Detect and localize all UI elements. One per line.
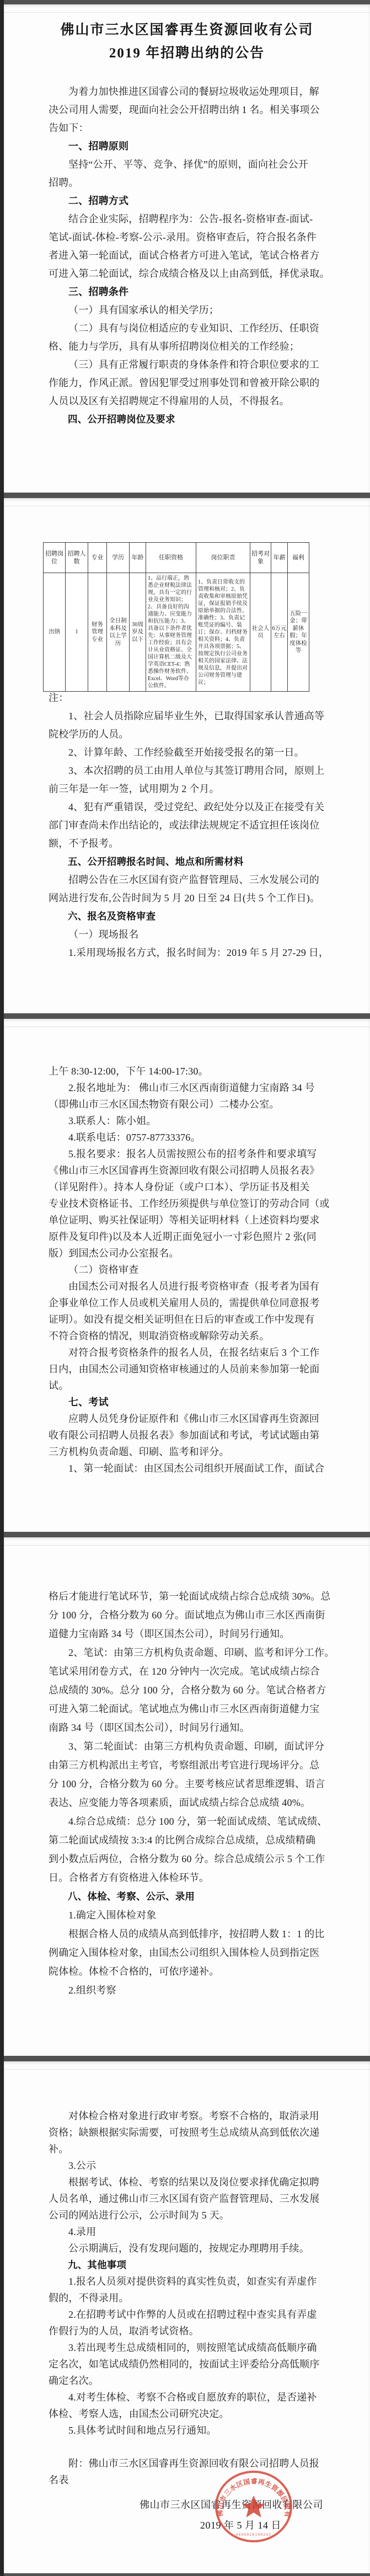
text-line: 1.报名人员须对提供资料的真实性负责，如查实有弄虚作 [49,2273,325,2290]
text-line: 分 100 分，合格分数为 60 分。面试地点为佛山市三水区西南街 [49,1606,325,1624]
page-3-text: 上午 8:30-12:00，下午 14:00-17:30。2.报名地址为： 佛山… [49,1063,325,1477]
text-line: 日内，由国杰公司通知资格审核通过的人员前来参加第一轮面 [49,1361,325,1377]
text-line: （详见附件）。持本人身份证（或户口本）、学历证书及相关 [49,1179,325,1195]
text-line: 证明）。如没有提交相关证明但在日后的审查或工作中发现有 [49,1311,325,1328]
text-line: 1.采用现场报名方式，报名时间为：2019 年 5 月 27-29 日， [49,944,325,962]
text-line: 4.录用 [49,2224,325,2240]
table-cell: 出纳 [44,573,66,692]
text-line: 3、第二轮面试：由第三方机构负责命题、印刷，面试评分 [49,1737,325,1756]
text-line: 三方机构负责命题、印刷、监考和评分。 [49,1444,325,1460]
text-line: 总成绩的 30%。总分 100 分，合格分数为 60 分。笔试合格者方 [49,1681,325,1699]
document-page-2: 招聘岗位招聘人数专业学历年龄任职资格岗位职责招考对象年薪福利 出纳1财务管理专业… [4,498,370,1013]
text-line: 额，不予报考。 [49,835,325,853]
text-line: 前三年是一年一签，试用期为 2 个月。 [49,780,325,798]
text-line: 可进入第二轮面试，综合成绩合格及以上由高到低，择优录取。 [49,265,325,283]
section-heading: 五、公开招聘报名时间、地点和所需材料 [49,853,325,871]
table-header-cell: 学历 [107,543,130,573]
table-cell: 财务管理专业 [88,573,107,692]
text-line: 格、能力与学历，具有从事所招聘岗位相关的工作经验； [49,338,325,356]
text-line: 对体检合格对象进行政审考察。考察不合格的，取消录用 [49,2108,325,2124]
document-title-line-1: 佛山市三水区国睿再生资源回收有公司 [15,19,359,42]
text-line: 作假行为的人员，取消考试资格。 [49,2323,325,2339]
official-red-seal: 佛山市三水区国睿再生资源回收有限公司 4406020100243 [205,2461,302,2554]
text-line: 公示期满后，没有发现问题的，按规定办理聘用手续。 [49,2240,325,2257]
recruitment-position-table: 招聘岗位招聘人数专业学历年龄任职资格岗位职责招考对象年薪福利 出纳1财务管理专业… [43,542,309,692]
scan-edge-strip [0,0,4,2576]
text-line: 结合企业实际，招聘程序为：公告-报名-资格审查-面试- [49,210,325,228]
table-header-cell: 岗位职责 [196,543,250,573]
table-header-cell: 招聘人数 [66,543,88,573]
document-page-5: 对体检合格对象进行政审考察。考察不合格的，取消录用资格；缺额根据实际需要，可按照… [4,2061,370,2573]
text-line: 4.联系电话：0757-87733376。 [49,1129,325,1146]
table-header-row: 招聘岗位招聘人数专业学历年龄任职资格岗位职责招考对象年薪福利 [44,543,309,573]
text-line: 人员以及区有关招聘规定不得雇用的人员，不得报名。 [49,392,325,410]
text-line: 1.确定入围体检对象 [49,1906,325,1925]
text-line: 3.公示 [49,2157,325,2174]
text-line: 道健力宝南路 34 号（即区国杰公司），时间另行通知。 [49,1624,325,1643]
table-cell: 1 [66,573,88,692]
text-line: 对符合报考资格条件的报名人员，在报名结束后 3 个工作 [49,1344,325,1361]
text-line: 5.报名要求：报名人员需按照公布的招考条件和要求填写 [49,1146,325,1162]
text-line: 由国杰公司对报名人员进行报考资格审查（报考者为国有 [49,1278,325,1295]
text-line: 《佛山市三水区国睿再生资源回收有限公司招聘人员报名表》 [49,1162,325,1179]
table-cell: 30周岁及以下 [130,573,146,692]
text-line: 者进入第一轮面试，面试合格者方可进入笔试，笔试合格者方 [49,247,325,265]
section-heading: 四、公开招聘岗位及要求 [49,410,325,429]
text-line: 5.具体考试时间和地点另行通知。 [49,2422,325,2439]
text-line: 假的，不得录用。 [49,2290,325,2306]
text-line: （二）具有与岗位相适应的专业知识、工作经历、任职资 [49,319,325,338]
text-line: 4.对考生体检、考察不合格或自愿放弃的职位，是否递补 [49,2389,325,2406]
text-line: 3.联系人：陈小姐。 [49,1113,325,1129]
text-line: 版）到国杰公司办公室报名。 [49,1245,325,1262]
seal-star-icon [242,2495,265,2518]
section-heading: 二、招聘方式 [49,192,325,210]
table-header-cell: 年龄 [130,543,146,573]
text-line: 2.组织考察 [49,1981,325,2000]
text-line: 决公司用人需要，现面向社会公开招聘出纳 1 名。相关事项公 [49,101,325,119]
text-line: 院体检。体检不合格的，可依序递补。 [49,1962,325,1981]
text-line: 根据考试、体检、考察的结果以及岗位要求择优确定拟聘 [49,2174,325,2190]
text-line: 院校学历的人员。 [49,725,325,744]
text-line: 2.在招聘考试中作弊的人员或在招聘过程中查实具有弄虚 [49,2306,325,2323]
table-row: 出纳1财务管理专业全日制本科及以上学历30周岁及以下1、品行端正，熟悉企业财税法… [44,573,309,692]
table-cell: 全日制本科及以上学历 [107,573,130,692]
page-2-text: 注：1、社会人员指除应届毕业生外，已取得国家承认普通高等院校学历的人员。2、计算… [49,689,325,962]
text-line: （三）具有正常履行职责的身体条件和符合职位要求的工 [49,356,325,374]
text-line: 告如下： [49,119,325,137]
text-line: 招聘。 [49,174,325,192]
text-line: 试。 [49,1377,325,1394]
text-line: 原件及复印件)以及本人近期正面免冠小一寸彩色照片 2 张(同 [49,1228,325,1245]
text-line: 注： [49,689,325,707]
text-line: 补。 [49,2141,325,2157]
scanned-document-canvas: 佛山市三水区国睿再生资源回收有公司 2019 年招聘出纳的公告 为着力加快推进区… [0,0,370,2576]
text-line: 专业技术资格证书、工作经历须提供与单位签订的劳动合同（或 [49,1195,325,1212]
text-line: 确定名次。 [49,2372,325,2389]
text-line: 2.报名地址为： 佛山市三水区西南街道健力宝南路 34 号 [49,1079,325,1096]
text-line: 企事业单位工作人员或机关雇用人员的，需提供单位同意报考 [49,1295,325,1311]
text-line: 日。合格者方有资格进入体检环节。 [49,1868,325,1887]
text-line: 3、本次招聘的员工由用人单位与其签订聘用合同，原则上 [49,762,325,780]
text-line: 单位证明、购买社保证明）等相关证明材料（上述资料均要求 [49,1212,325,1228]
text-line: 上午 8:30-12:00，下午 14:00-17:30。 [49,1063,325,1079]
text-line: （即佛山市三水区国杰物资有限公司）二楼办公室。 [49,1096,325,1113]
table-header-cell: 招考对象 [250,543,271,573]
text-line: 不符合资格的情况，则取消资格或解除劳动关系。 [49,1328,325,1344]
text-line: 体检、考察人选，由国杰公司研究决定。 [49,2406,325,2422]
text-line: 为着力加快推进区国睿公司的餐厨垃圾收运处理项目，解 [49,83,325,101]
page-1-text: 为着力加快推进区国睿公司的餐厨垃圾收运处理项目，解决公司用人需要，现面向社会公开… [49,83,325,429]
document-page-3: 上午 8:30-12:00，下午 14:00-17:30。2.报名地址为： 佛山… [4,1019,370,1532]
text-line: 2、笔试：由第三方机构负责命题、印刷、监考和评分工作。 [49,1643,325,1662]
text-line: 笔试-面试-体检-考察-公示-录用。资格审查后，符合报名条件 [49,228,325,247]
text-line: 第二轮面试成绩按 3:3:4 的比例合成综合总成绩，总成绩精确 [49,1831,325,1850]
text-line: 由第三方机构派出主考官，考察组派出考官进行现场评分。总 [49,1756,325,1775]
text-line: 网站进行发布,公告时间为 5 月 20 日至 24 日(共 5 个工作日)。 [49,889,325,907]
text-line: （一）具有国家承认的相关学历； [49,301,325,319]
table-cell: 6万元左右 [271,573,288,692]
document-page-1: 佛山市三水区国睿再生资源回收有公司 2019 年招聘出纳的公告 为着力加快推进区… [4,4,370,493]
text-line [49,2439,325,2455]
text-line: 格后才能进行笔试环节，第一轮面试成绩占综合总成绩 30%。总 [49,1587,325,1606]
section-heading: 八、体检、考察、公示、录用 [49,1887,325,1906]
text-line: 可进入第二轮面试。笔试地点为佛山市三水区西南街道健力宝 [49,1699,325,1718]
document-page-4: 格后才能进行笔试环节，第一轮面试成绩占综合总成绩 30%。总分 100 分，合格… [4,1537,370,2056]
table-cell: 1、负责日常收支的管理和核对；2、负责收集和审核原始凭证，保证报销手续及原始单据… [196,573,250,692]
table-header-cell: 专业 [88,543,107,573]
text-line: 1、第一轮面试：由区国杰公司组织开展面试工作，面试合 [49,1460,325,1477]
text-line: 根据合格人员的成绩从高到低排序，按招聘人数 1：1 的比 [49,1925,325,1943]
section-heading: 九、其他事项 [49,2257,325,2273]
text-line: （二）资格审查 [49,1262,325,1278]
text-line: 部门审查尚未作出结论的，或法律法规规定不适宜担任该岗位 [49,816,325,835]
text-line: 资格；缺额根据实际需要，可按照考生总成绩从高到低依次递 [49,2124,325,2141]
text-line: 分 100 分，合格分数为 60 分。主要考核应试者思维逻辑、语言 [49,1775,325,1793]
text-line: 公司的网站进行公示，公示时间为 5 天。 [49,2207,325,2224]
table-cell: 1、品行端正，熟悉企业财税法律法规，具有一定的行业及业务知识；2、具备良好的沟通… [146,573,196,692]
document-title-line-2: 2019 年招聘出纳的公告 [15,42,359,65]
section-heading: 六、报名及资格审查 [49,907,325,926]
text-line: 4.综合总成绩：总分 100 分，第一轮面试成绩、笔试成绩、 [49,1812,325,1831]
text-line: 3.若出现考生总成绩相同的，则按照笔试成绩高低顺序确 [49,2339,325,2356]
table-header-cell: 招聘岗位 [44,543,66,573]
text-line: 例确定入围体检对象，由国杰公司组织入围体检人员到指定医 [49,1943,325,1962]
table-header-cell: 年薪 [271,543,288,573]
text-line: 4、犯有严重错误，受过党纪、政纪处分以及正在接受有关 [49,798,325,816]
table-cell: 五险一金；带薪休假；年度体检等 [288,573,309,692]
table-header-cell: 任职资格 [146,543,196,573]
text-line: 坚持“公开、平等、竞争、择优”的原则，面向社会公开 [49,156,325,174]
text-line: 应聘人员凭身份证原件和《佛山市三水区国睿再生资源回 [49,1410,325,1427]
text-line: 到小数点后两位，合格分数为 60 分。综合总成绩公示 5 个工作 [49,1850,325,1868]
text-line: 2、计算年龄、工作经验截至开始接受报名的第一日。 [49,744,325,762]
text-line: 笔试采用闭卷方式，在 120 分钟内一次完成。笔试成绩占综合 [49,1662,325,1681]
text-line: 作能力，作风正派。曾因犯罪受过刑事处罚和曾被开除公职的 [49,374,325,392]
section-heading: 七、考试 [49,1394,325,1410]
text-line: 收有限公司招聘人员报名表》参加面试和考试，考试试题由第 [49,1427,325,1444]
section-heading: 三、招聘条件 [49,283,325,301]
page-4-text: 格后才能进行笔试环节，第一轮面试成绩占综合总成绩 30%。总分 100 分，合格… [49,1587,325,2000]
text-line: 定名次，如笔试成绩仍然相同的，按面试主评委给分高低顺序 [49,2356,325,2372]
text-line: 南路 34 号（即区国杰公司），时间另行通知。 [49,1718,325,1737]
section-heading: 一、招聘原则 [49,137,325,156]
page-5-text: 对体检合格对象进行政审考察。考察不合格的，取消录用资格；缺额根据实际需要，可按照… [49,2108,325,2488]
table-cell: 社会人员 [250,573,271,692]
table-header-cell: 福利 [288,543,309,573]
text-line: 表达、应变能力等各项素质，面试成绩占综合总成绩 40%。 [49,1793,325,1812]
text-line: 1、社会人员指除应届毕业生外，已取得国家承认普通高等 [49,707,325,725]
seal-serial-number: 4406020100243 [236,2532,272,2537]
text-line: （一）现场报名 [49,926,325,944]
text-line: 招聘公告在三水区国有资产监督管理局、三水发展公司的 [49,871,325,889]
text-line: 人员名单，通过佛山市三水区国有资产监督管理局、三水发展 [49,2190,325,2207]
